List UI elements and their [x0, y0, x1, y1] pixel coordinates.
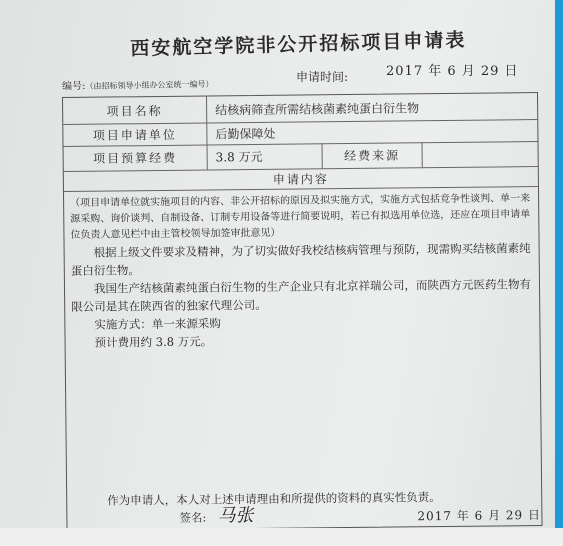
application-content: （项目申请单位就实施项目的内容、非公开招标的原因及拟实施方式，实施方式包括竞争性… [70, 191, 534, 352]
content-header: 申请内容 [64, 166, 538, 191]
serial-label: 编号: [62, 81, 86, 92]
apply-date-label: 申请时间: [296, 68, 348, 85]
row-content-header: 申请内容 [64, 166, 538, 192]
budget-value: 3.8 万元 [208, 143, 323, 169]
content-paragraph: 我国生产结核菌素纯蛋白衍生物的生产企业只有北京祥瑞公司，而陕西方元医药生物有限公… [71, 275, 533, 316]
application-form-table: 项目名称 结核病筛查所需结核菌素纯蛋白衍生物 项目申请单位 后勤保障处 项目预算… [62, 92, 543, 531]
handwritten-signature: 马张 [217, 501, 253, 527]
content-paragraph: 预计费用约 3.8 万元。 [71, 329, 533, 352]
form-title: 西安航空学院非公开招标项目申请表 [130, 25, 467, 61]
bottom-bar [0, 528, 563, 546]
applicant-unit-value: 后勤保障处 [207, 122, 275, 145]
project-name-label: 项目名称 [63, 96, 207, 124]
funding-source-label: 经费来源 [322, 142, 422, 168]
content-hint: （项目申请单位就实施项目的内容、非公开招标的原因及拟实施方式，实施方式包括竞争性… [70, 191, 532, 244]
applicant-unit-label: 项目申请单位 [63, 122, 207, 146]
signature-date: 2017 年 6 月 29 日 [417, 506, 541, 524]
funding-source-value [422, 141, 537, 167]
serial-number-label: 编号:（由招标领导小组办公室统一编号） [62, 75, 214, 93]
project-name-value: 结核病筛查所需结核菌素纯蛋白衍生物 [207, 94, 419, 122]
serial-note: （由招标领导小组办公室统一编号） [85, 80, 213, 91]
apply-date: 2017 年 6 月 29 日 [386, 60, 519, 79]
document-photo: 西安航空学院非公开招标项目申请表 编号:（由招标领导小组办公室统一编号） 申请时… [0, 0, 555, 528]
declaration: 作为申请人，本人对上述申请理由和所提供的资料的真实性负责。 [107, 489, 441, 508]
budget-label: 项目预算经费 [64, 144, 208, 171]
side-strip [555, 0, 563, 528]
content-paragraph: 根据上级文件要求及精神，为了切实做好我校结核病管理与预防，现需购买结核菌素纯蛋白… [71, 239, 533, 280]
signature-label: 签名: [179, 510, 206, 526]
